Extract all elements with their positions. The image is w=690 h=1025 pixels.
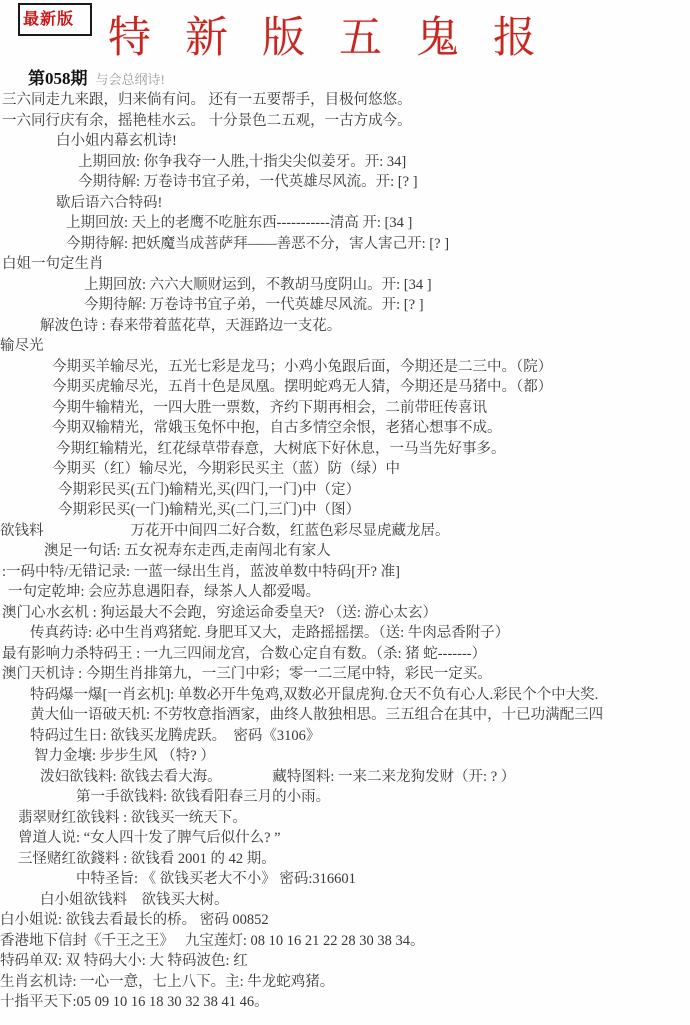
- text-line: 白小姐说: 欲钱去看最长的桥。 密码 00852: [0, 910, 690, 931]
- text-line: 曾道人说: “女人四十发了脾气后似什么? ”: [0, 828, 690, 849]
- text-line: 白小姐内幕玄机诗!: [0, 131, 690, 152]
- text-line: 传真药诗: 必中生肖鸡猪蛇. 身肥耳又大，走路摇摇摆。（送: 牛肉忌香附子）: [0, 623, 690, 644]
- text-line: 白姐一句定生肖: [0, 254, 690, 275]
- text-line: 十指平天下:05 09 10 16 18 30 32 38 41 46。: [0, 992, 690, 1013]
- text-line: 澳足一句话: 五女祝寿东走西,走南闯北有家人: [0, 541, 690, 562]
- content-lines: 三六同走九来跟，归来倘有问。 还有一五要帮手，目极何悠悠。一六同行庆有余，摇艳桂…: [0, 90, 690, 1013]
- text-line: 三怪赌红欲錢料 : 欲钱看 2001 的 42 期。: [0, 849, 690, 870]
- text-line: 澳门心水玄机 : 狗运最大不会跑，穷途运命委皇天? （送: 游心太玄）: [0, 603, 690, 624]
- text-line: 今期买（红）输尽光，今期彩民买主（蓝）防（绿）中: [0, 459, 690, 480]
- text-line: 今期买羊输尽光，五光七彩是龙马；小鸡小兔跟后面，今期还是二三中。（院）: [0, 357, 690, 378]
- text-line: 白小姐欲钱料 欲钱买大树。: [0, 890, 690, 911]
- text-line: 上期回放: 你争我夺一人胜,十指尖尖似姜牙。开: 34]: [0, 152, 690, 173]
- text-line: 今期待解: 万卷诗书宜子弟，一代英雄尽风流。开: [? ]: [0, 172, 690, 193]
- text-line: 输尽光: [0, 336, 690, 357]
- text-line: :一码中特/无错记录: 一蓝一绿出生肖，蓝波单数中特码[开? 准]: [0, 562, 690, 583]
- issue-note: 与会总纲诗!: [96, 72, 165, 87]
- text-line: 三六同走九来跟，归来倘有问。 还有一五要帮手，目极何悠悠。: [0, 90, 690, 111]
- text-line: 泼妇欲钱料: 欲钱去看大海。 藏特图料: 一来二来龙狗发财（开: ? ）: [0, 767, 690, 788]
- text-line: 今期彩民买(一门)输精光,买(二门,三门)中（图）: [0, 500, 690, 521]
- text-line: 第一手欲钱料: 欲钱看阳春三月的小雨。: [0, 787, 690, 808]
- text-line: 今期红输精光，红花绿草带春意，大树底下好休息，一马当先好事多。: [0, 439, 690, 460]
- text-line: 歇后语六合特码!: [0, 193, 690, 214]
- text-line: 香港地下信封《千王之王》 九宝莲灯: 08 10 16 21 22 28 30 …: [0, 931, 690, 952]
- text-line: 上期回放: 六六大顺财运到，不教胡马度阴山。开: [34 ]: [0, 275, 690, 296]
- page-title: 特新版五鬼报: [0, 16, 690, 62]
- page: 最新版 特新版五鬼报 第058期 与会总纲诗! 三六同走九来跟，归来倘有问。 还…: [0, 0, 690, 1025]
- text-line: 中特圣旨: 《 欲钱买老大不小》 密码:316601: [0, 869, 690, 890]
- text-line: 今期彩民买(五门)输精光,买(四门,一门)中（定）: [0, 480, 690, 501]
- text-line: 翡翠财红欲钱料 : 欲钱买一统天下。: [0, 808, 690, 829]
- text-line: 生肖玄机诗: 一心一意，七上八下。主: 牛龙蛇鸡猪。: [0, 972, 690, 993]
- text-line: 一句定乾坤: 会应苏息遇阳春，绿茶人人都爱喝。: [0, 582, 690, 603]
- text-line: 智力金壤: 步步生风 （特? ）: [0, 746, 690, 767]
- issue-line: 第058期 与会总纲诗!: [28, 64, 165, 89]
- text-line: 今期买虎输尽光，五肖十色是凤凰。摆明蛇鸡无人猜，今期还是马猪中。（都）: [0, 377, 690, 398]
- text-line: 上期回放: 天上的老鹰不吃脏东西-----------清高 开: [34 ]: [0, 213, 690, 234]
- issue-number: 第058期: [28, 69, 88, 88]
- text-line: 一六同行庆有余，摇艳桂水云。 十分景色二五观，一古方成今。: [0, 111, 690, 132]
- text-line: 今期牛输精光，一四大胜一票数，齐约下期再相会，二前带旺传喜讯: [0, 398, 690, 419]
- text-line: 黄大仙一语破天机: 不劳牧意指酒家，曲终人散独相思。三五组合在其中，十已功满配三…: [0, 705, 690, 726]
- text-line: 特码爆一爆[一肖玄机]: 单数必开牛兔鸡,双数必开鼠虎狗.仓天不负有心人.彩民个…: [0, 685, 690, 706]
- text-line: 特码过生日: 欲钱买龙腾虎跃。 密码《3106》: [0, 726, 690, 747]
- text-line: 今期待解: 把妖魔当成菩萨拜——善恶不分，害人害己开: [? ]: [0, 234, 690, 255]
- text-line: 澳门天机诗 : 今期生肖排第九，一三门中彩；零一二三尾中特，彩民一定买。: [0, 664, 690, 685]
- text-line: 今期待解: 万卷诗书宜子弟，一代英雄尽风流。开: [? ]: [0, 295, 690, 316]
- text-line: 欲钱料 万花开中间四二好合数，红蓝色彩尽显虎藏龙居。: [0, 521, 690, 542]
- text-line: 今期双输精光，常娥玉兔怀中抱，自古多情空余恨，老猪心想事不成。: [0, 418, 690, 439]
- text-line: 特码单双: 双 特码大小: 大 特码波色: 红: [0, 951, 690, 972]
- text-line: 最有影响力杀特码王 : 一九三四闹龙宫，合数心定自有数。（杀: 猪 蛇-----…: [0, 644, 690, 665]
- text-line: 解波色诗 : 春来带着蓝花草，天涯路边一支花。: [0, 316, 690, 337]
